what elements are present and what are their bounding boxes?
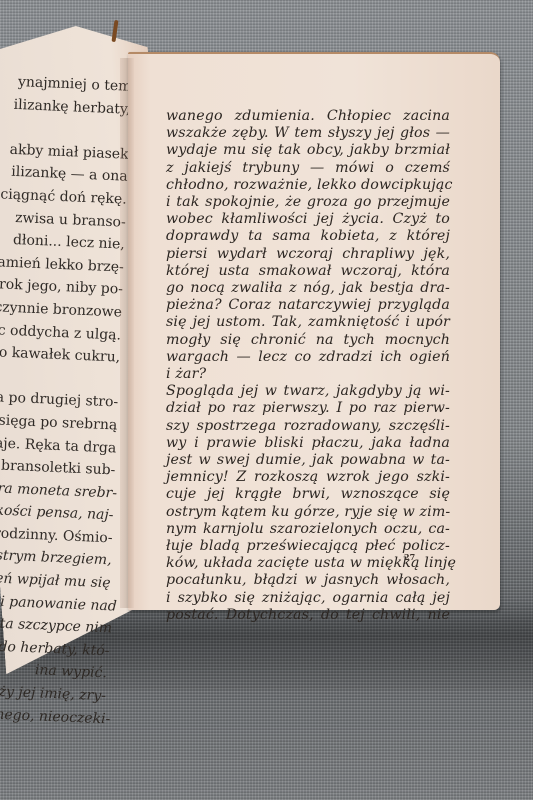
text-line: wy i prawie bliski płaczu, jaka ładna [166, 435, 450, 452]
text-line: postać. Dotychczas, do tej chwili, nie [166, 607, 450, 624]
right-page: wanego zdumienia. Chłopiec zacina wszakż… [128, 52, 500, 610]
text-line: pocałunku, błądzi w jasnych włosach, [166, 572, 450, 589]
text-line: i żar? [166, 366, 450, 383]
page-number: 27 [404, 552, 415, 562]
text-line: wobec kłamliwości jej życia. Czyż to [166, 211, 450, 228]
text-line: nym karnjolu szarozielonych oczu, ca- [166, 521, 450, 538]
text-line: o kawałek cukru, [0, 341, 121, 369]
text-line: mogły się chronić na tych mocnych [166, 332, 450, 349]
text-line: ostrym kątem ku górze, ryje się w zim- [166, 504, 450, 521]
text-line: wanego zdumienia. Chłopiec zacina [166, 108, 450, 125]
text-line: pieżna? Coraz natarczywiej przygląda [166, 297, 450, 314]
text-line: jest w swej dumie, jak powabna w ta- [166, 452, 450, 469]
text-line: piersi wydarł wczoraj chrapliwy jęk, [166, 246, 450, 263]
text-line: jemnicy! Z rozkoszą wzrok jego szki- [166, 469, 450, 486]
text-line: wydaje mu się tak obcy, jakby brzmiał [166, 142, 450, 159]
text-line: i szybko się zniżając, ogarnia całą jej [166, 590, 450, 607]
right-page-text: wanego zdumienia. Chłopiec zacina wszakż… [166, 108, 450, 624]
text-line: Spogląda jej w twarz, jakgdyby ją wi- [166, 383, 450, 400]
text-line: szy spostrzega rozradowany, szczęśli- [166, 418, 450, 435]
text-line: chłodno, rozważnie, lekko dowcipkując [166, 177, 450, 194]
text-line: kru do herbaty, któ- [0, 634, 108, 662]
text-line: doprawdy ta sama kobieta, z której [166, 228, 450, 245]
book-spine [120, 58, 134, 608]
text-line: której usta smakował wczoraj, która [166, 263, 450, 280]
text-line: wszakże zęby. W tem słyszy jej głos — [166, 125, 450, 142]
text-line: cuje jej krągłe brwi, wznoszące się [166, 486, 450, 503]
text-line: i tak spokojnie, że groza go przejmuje [166, 194, 450, 211]
text-line: z jakiejś trybuny — mówi o czemś [166, 160, 450, 177]
text-line: dział po raz pierwszy. I po raz pierw- [166, 400, 450, 417]
text-line: się jej ustom. Tak, zamkniętość i upór [166, 314, 450, 331]
text-line: go nocą zwaliła z nóg, jak bestja dra- [166, 280, 450, 297]
text-line: wargach — lecz co zdradzi ich ogień [166, 349, 450, 366]
